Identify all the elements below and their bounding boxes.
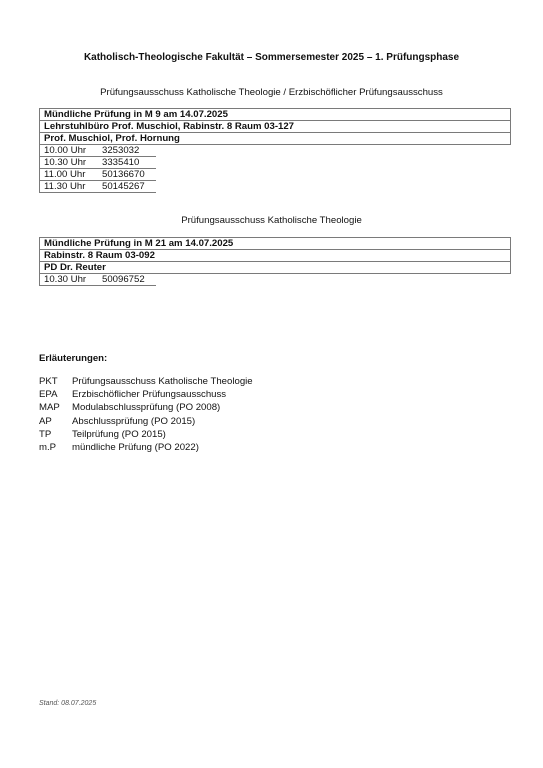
slot-id: 50136670 <box>102 169 145 180</box>
exam-slot-row: 11.30 Uhr 50145267 <box>39 181 156 193</box>
legend-text: Abschlussprüfung (PO 2015) <box>72 415 195 428</box>
exam-location-row: Rabinstr. 8 Raum 03-092 <box>39 250 511 262</box>
legend-abbr: AP <box>39 415 72 428</box>
legend-text: mündliche Prüfung (PO 2022) <box>72 441 199 454</box>
exam-table: Mündliche Prüfung in M 21 am 14.07.2025 … <box>39 237 511 286</box>
legend-abbr: TP <box>39 428 72 441</box>
legend-text: Modulabschlussprüfung (PO 2008) <box>72 401 220 414</box>
legend: Erläuterungen: PKT Prüfungsausschuss Kat… <box>39 353 253 454</box>
slot-time: 11.00 Uhr <box>44 169 102 180</box>
exam-header-row: Mündliche Prüfung in M 21 am 14.07.2025 <box>39 237 511 250</box>
exam-slot-row: 10.30 Uhr 50096752 <box>39 274 156 286</box>
exam-header-row: Mündliche Prüfung in M 9 am 14.07.2025 <box>39 108 511 121</box>
page-title: Katholisch-Theologische Fakultät – Somme… <box>0 52 543 63</box>
legend-text: Erzbischöflicher Prüfungsausschuss <box>72 388 226 401</box>
slot-time: 10.00 Uhr <box>44 145 102 156</box>
exam-slot-row: 11.00 Uhr 50136670 <box>39 169 156 181</box>
exam-table: Mündliche Prüfung in M 9 am 14.07.2025 L… <box>39 108 511 193</box>
committee-title: Prüfungsausschuss Katholische Theologie … <box>0 87 543 98</box>
legend-item: m.P mündliche Prüfung (PO 2022) <box>39 441 253 454</box>
exam-examiners-row: PD Dr. Reuter <box>39 262 511 274</box>
footer-stand-date: Stand: 08.07.2025 <box>39 700 96 707</box>
slot-id: 50096752 <box>102 274 145 285</box>
legend-abbr: EPA <box>39 388 72 401</box>
legend-text: Teilprüfung (PO 2015) <box>72 428 166 441</box>
slot-id: 3335410 <box>102 157 139 168</box>
legend-item: MAP Modulabschlussprüfung (PO 2008) <box>39 401 253 414</box>
legend-abbr: m.P <box>39 441 72 454</box>
slot-time: 11.30 Uhr <box>44 181 102 192</box>
slot-time: 10.30 Uhr <box>44 274 102 285</box>
legend-abbr: PKT <box>39 375 72 388</box>
exam-location-row: Lehrstuhlbüro Prof. Muschiol, Rabinstr. … <box>39 121 511 133</box>
legend-item: AP Abschlussprüfung (PO 2015) <box>39 415 253 428</box>
slot-id: 3253032 <box>102 145 139 156</box>
slot-id: 50145267 <box>102 181 145 192</box>
legend-item: TP Teilprüfung (PO 2015) <box>39 428 253 441</box>
legend-abbr: MAP <box>39 401 72 414</box>
legend-item: EPA Erzbischöflicher Prüfungsausschuss <box>39 388 253 401</box>
exam-examiners-row: Prof. Muschiol, Prof. Hornung <box>39 133 511 145</box>
exam-slot-row: 10.30 Uhr 3335410 <box>39 157 156 169</box>
legend-text: Prüfungsausschuss Katholische Theologie <box>72 375 253 388</box>
committee-title: Prüfungsausschuss Katholische Theologie <box>0 215 543 226</box>
legend-item: PKT Prüfungsausschuss Katholische Theolo… <box>39 375 253 388</box>
legend-title: Erläuterungen: <box>39 353 253 364</box>
slot-time: 10.30 Uhr <box>44 157 102 168</box>
exam-slot-row: 10.00 Uhr 3253032 <box>39 145 156 157</box>
